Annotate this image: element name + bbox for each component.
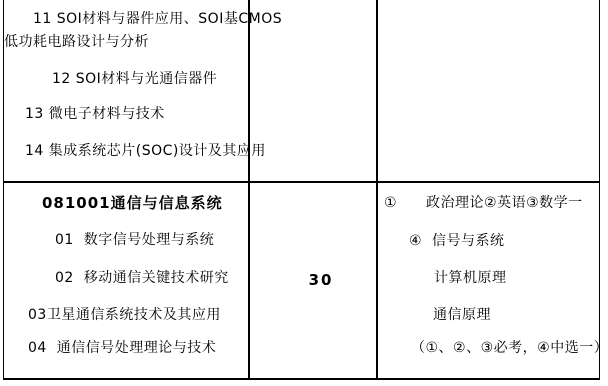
column-divider-directions-enrollment bbox=[248, 0, 250, 378]
research-direction: 02 移动通信关键技术研究 bbox=[55, 271, 229, 286]
research-direction-wrap: 低功耗电路设计与分析 bbox=[4, 35, 149, 50]
research-direction: 12 SOI材料与光通信器件 bbox=[52, 72, 217, 87]
exam-subject-line: ④ 信号与系统 bbox=[409, 234, 504, 249]
exam-subject-line: 计算机原理 bbox=[434, 271, 507, 286]
document-page: 11 SOI材料与器件应用、SOI基CMOS 低功耗电路设计与分析 12 SOI… bbox=[0, 0, 608, 386]
exam-subject-line: ① 政治理论②英语③数学一 bbox=[384, 196, 583, 211]
research-direction: 14 集成系统芯片(SOC)设计及其应用 bbox=[25, 144, 266, 159]
research-direction: 03卫星通信系统技术及其应用 bbox=[28, 308, 221, 323]
major-title: 081001通信与信息系统 bbox=[42, 196, 223, 211]
exam-subject-note: （①、②、③必考，④中选一） bbox=[411, 341, 608, 356]
enrollment-count: 30 bbox=[250, 271, 376, 289]
row-divider bbox=[4, 181, 599, 183]
research-direction: 01 数字信号处理与系统 bbox=[55, 233, 214, 248]
research-direction: 11 SOI材料与器件应用、SOI基CMOS bbox=[33, 12, 282, 27]
research-direction: 13 微电子材料与技术 bbox=[25, 107, 165, 122]
column-divider-enrollment-subjects bbox=[376, 0, 378, 378]
admissions-table: 11 SOI材料与器件应用、SOI基CMOS 低功耗电路设计与分析 12 SOI… bbox=[3, 0, 600, 380]
research-direction: 04 通信信号处理理论与技术 bbox=[28, 341, 216, 356]
exam-subject-line: 通信原理 bbox=[433, 308, 491, 323]
